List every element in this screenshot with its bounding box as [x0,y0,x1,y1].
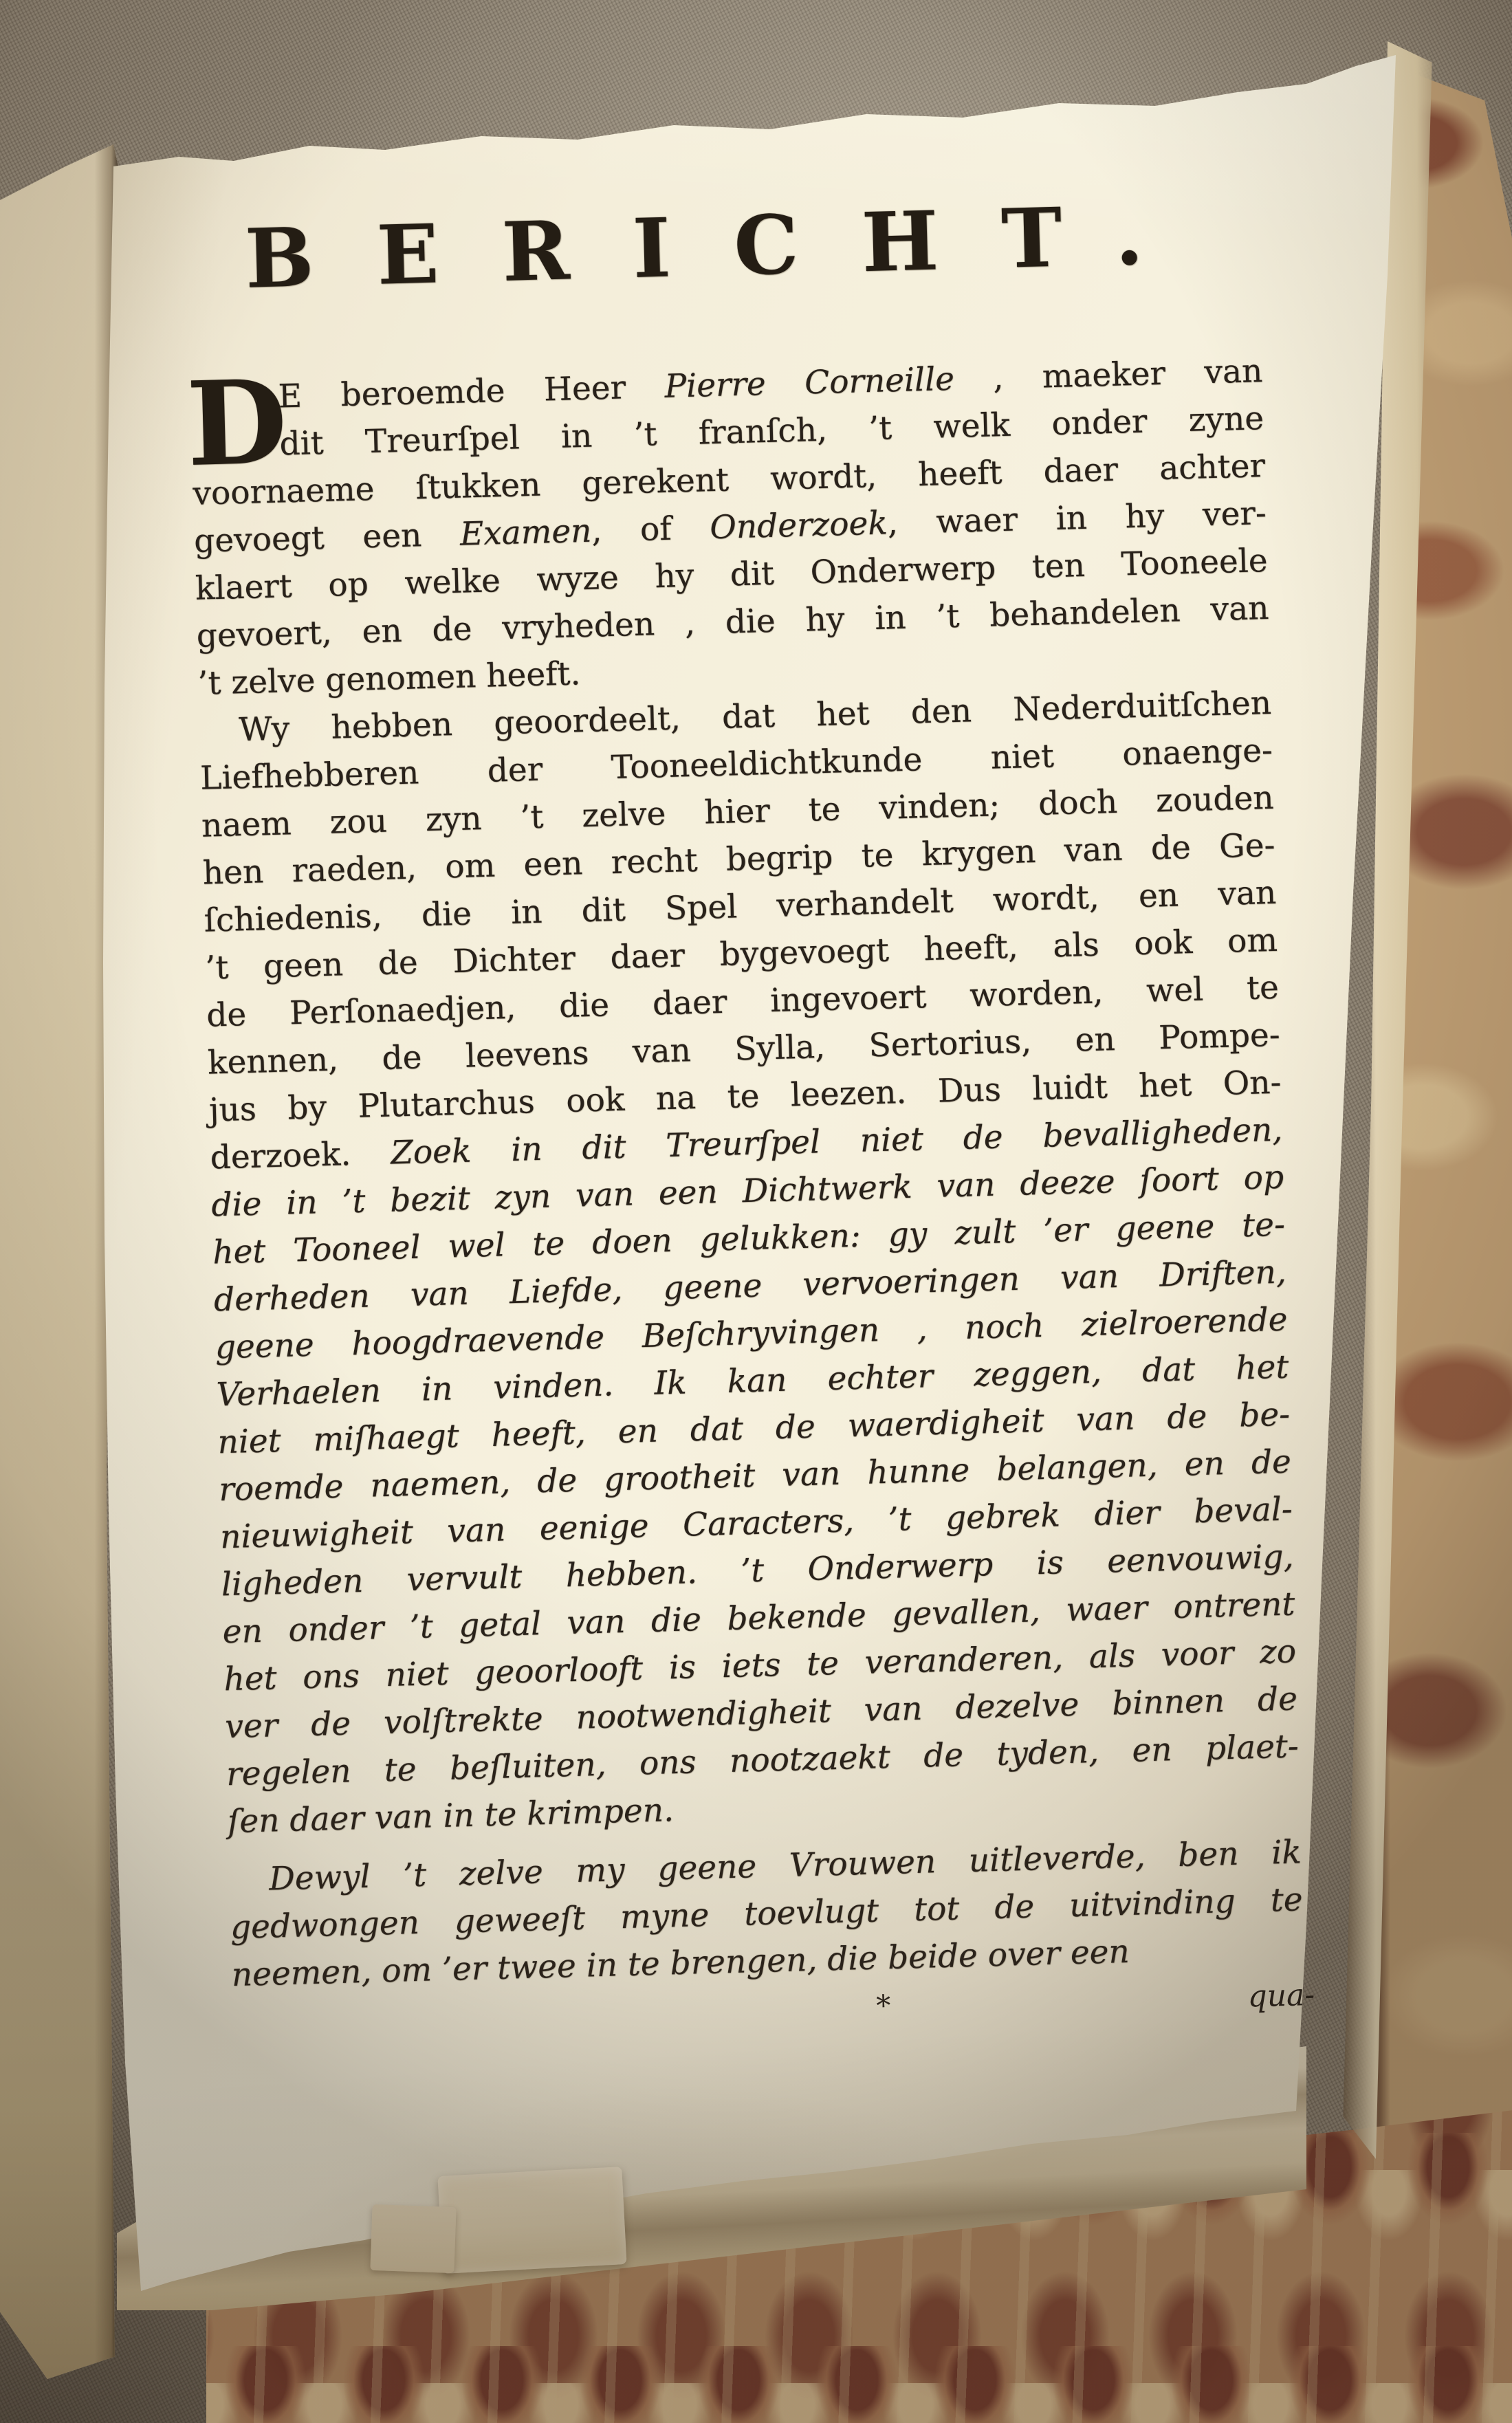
paragraph: Wy hebben geoordeelt, dat het den Nederd… [199,679,1301,1845]
repair-tape-patch-small [370,2204,456,2273]
photo-of-book-page: BERICHT. DE beroemde Heer Pierre Corneil… [0,0,1512,2423]
signature-mark: * [876,1988,891,2023]
repair-tape-patch [437,2167,626,2274]
page-title: BERICHT. [244,192,1260,300]
drop-cap-letter: D [186,377,267,469]
book-gutter-page-edges-left [0,144,118,2379]
paragraph: Dewyl ’t zelve my geene Vrouwen uitlever… [228,1828,1304,1999]
catchword: qua- [1247,1977,1315,2015]
paragraph: DE beroemde Heer Pierre Corneille , maek… [190,347,1271,708]
body-text: DE beroemde Heer Pierre Corneille , maek… [190,347,1304,1999]
printed-text-block: BERICHT. DE beroemde Heer Pierre Corneil… [186,192,1306,2053]
